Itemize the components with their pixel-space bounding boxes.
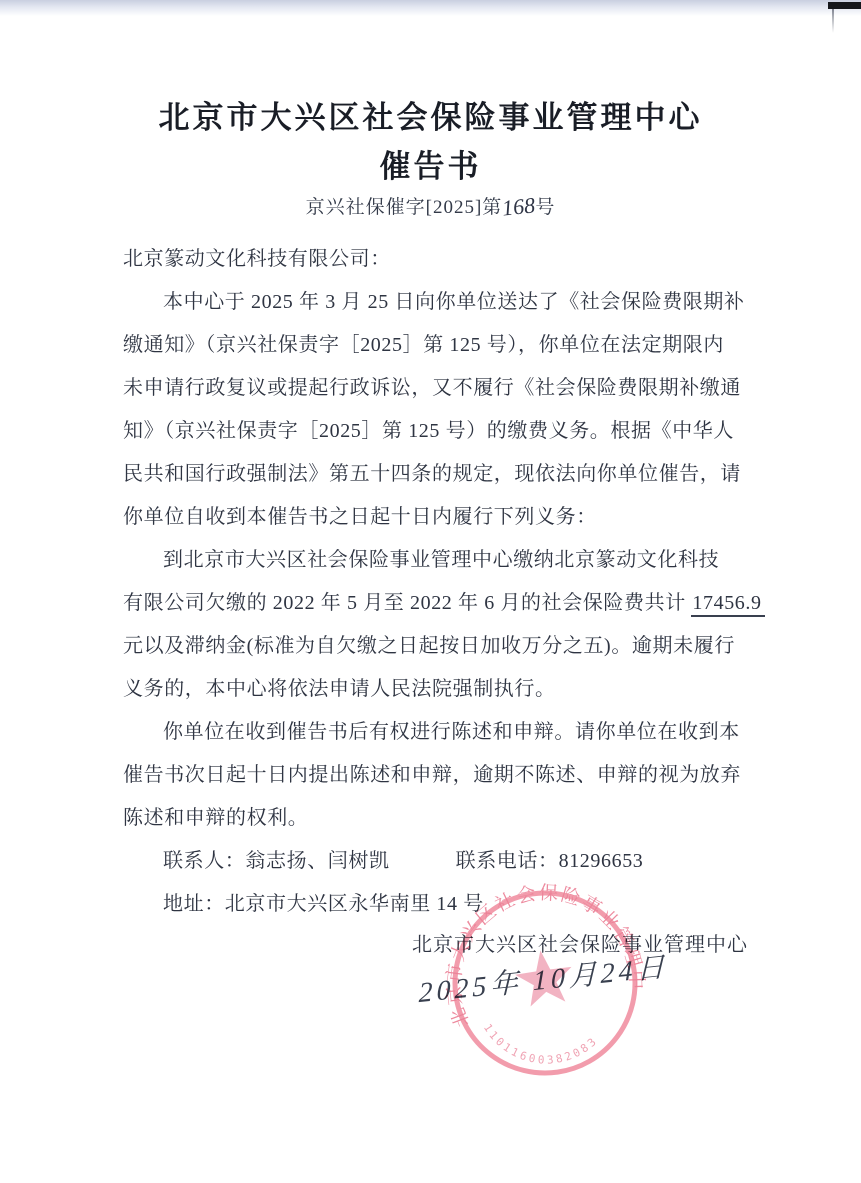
- body-line: 未申请行政复议或提起行政诉讼，又不履行《社会保险费限期补缴通: [123, 367, 751, 410]
- contact-phone-label: 联系电话：: [456, 850, 559, 872]
- contact-person-names: 翁志扬、闫树凯: [245, 850, 389, 872]
- address-block: 地址：北京市大兴区永华南里 14 号: [123, 883, 751, 926]
- body-line: 缴通知》（京兴社保责字［2025］第 125 号），你单位在法定期限内: [123, 324, 751, 367]
- document-number-suffix: 号: [535, 197, 555, 218]
- scan-artifact-bar: [828, 2, 861, 9]
- body-line-with-amount: 有限公司欠缴的 2022 年 5 月至 2022 年 6 月的社会保险费共计 1…: [123, 582, 751, 625]
- body-line: 你单位自收到本催告书之日起十日内履行下列义务：: [123, 496, 751, 539]
- contact-block: 联系人：翁志扬、闫树凯联系电话：81296653: [123, 840, 751, 883]
- body-line: 催告书次日起十日内提出陈述和申辩，逾期不陈述、申辩的视为放弃: [123, 754, 751, 797]
- paragraph-3: 你单位在收到催告书后有权进行陈述和申辩。请你单位在收到本 催告书次日起十日内提出…: [123, 711, 751, 840]
- document-number-handwritten: 168: [501, 192, 537, 221]
- scan-artifact-line: [832, 9, 834, 33]
- body-line: 你单位在收到催告书后有权进行陈述和申辩。请你单位在收到本: [123, 711, 751, 754]
- seal-code-text: 11011600382083: [480, 1007, 603, 1076]
- body-line: 元以及滞纳金(标准为自欠缴之日起按日加收万分之五)。逾期未履行: [123, 625, 751, 668]
- contact-person-label: 联系人：: [163, 850, 245, 872]
- body-line: 陈述和申辩的权利。: [123, 797, 751, 840]
- body-line: 到北京市大兴区社会保险事业管理中心缴纳北京篆动文化科技: [123, 539, 751, 582]
- body-line: 义务的，本中心将依法申请人民法院强制执行。: [123, 668, 751, 711]
- document-title-type: 催告书: [0, 141, 861, 186]
- address-line: 地址：北京市大兴区永华南里 14 号: [123, 883, 751, 926]
- contact-phone-number: 81296653: [559, 850, 644, 872]
- document-number: 京兴社保催字[2025]第168号: [0, 192, 861, 219]
- paragraph-1: 本中心于 2025 年 3 月 25 日向你单位送达了《社会保险费限期补 缴通知…: [123, 281, 751, 539]
- paragraph-2: 到北京市大兴区社会保险事业管理中心缴纳北京篆动文化科技 有限公司欠缴的 2022…: [123, 539, 751, 711]
- body-line: 民共和国行政强制法》第五十四条的规定，现依法向你单位催告，请: [123, 453, 751, 496]
- issuer-signature: 北京市大兴区社会保险事业管理中心: [123, 924, 790, 967]
- amount-line-prefix: 有限公司欠缴的 2022 年 5 月至 2022 年 6 月的社会保险费共计: [123, 592, 691, 614]
- document-title-org: 北京市大兴区社会保险事业管理中心: [0, 92, 861, 137]
- scanned-document-page: 北京市大兴区社会保险事业管理中心 催告书 京兴社保催字[2025]第168号 北…: [0, 0, 861, 1183]
- addressee-block: 北京篆动文化科技有限公司：: [123, 238, 751, 281]
- body-line: 知》（京兴社保责字［2025］第 125 号）的缴费义务。根据《中华人: [123, 410, 751, 453]
- scanner-edge-shadow: [0, 0, 861, 16]
- owed-amount-underlined: 17456.9: [691, 592, 764, 617]
- document-number-prefix: 京兴社保催字[2025]第: [306, 197, 503, 218]
- body-line: 本中心于 2025 年 3 月 25 日向你单位送达了《社会保险费限期补: [123, 281, 751, 324]
- addressee-line: 北京篆动文化科技有限公司：: [123, 238, 751, 281]
- contact-line: 联系人：翁志扬、闫树凯联系电话：81296653: [123, 840, 751, 883]
